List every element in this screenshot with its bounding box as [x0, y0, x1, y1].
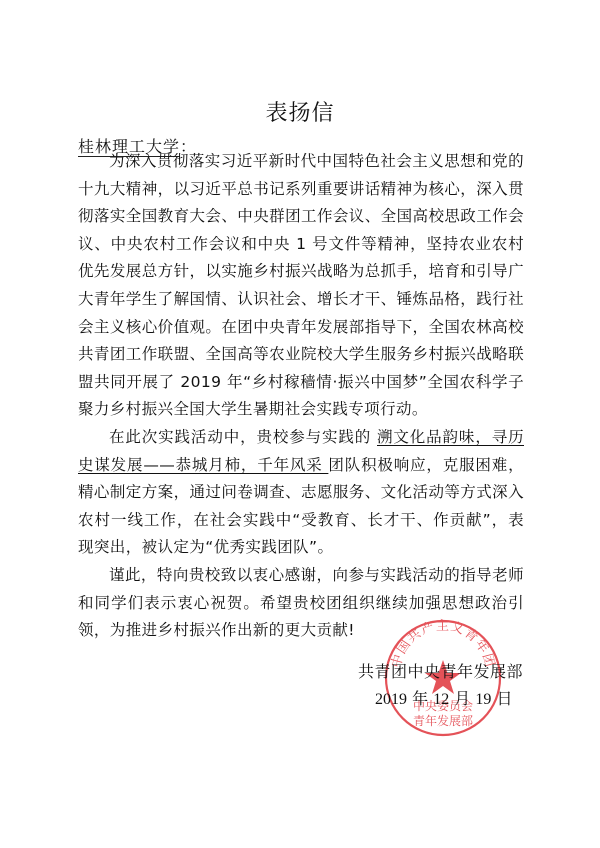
date-month-label: 月	[454, 689, 470, 708]
date-month: 12	[433, 691, 449, 708]
date-year-label: 年	[412, 689, 428, 708]
date-year: 2019	[375, 691, 407, 708]
letter-title: 表扬信	[0, 100, 600, 128]
date-day-label: 日	[497, 689, 513, 708]
seal-line2: 青年发展部	[413, 713, 473, 728]
praise-before: 在此次实践活动中，贵校参与实践的	[109, 428, 377, 446]
paragraph-closing: 谨此，特向贵校致以衷心感谢，向参与实践活动的指导老师和同学们表示衷心祝贺。希望贵…	[78, 562, 524, 645]
paragraph-praise: 在此次实践活动中，贵校参与实践的 溯文化品韵味，寻历史谋发展——恭城月柿，千年风…	[78, 424, 524, 562]
paragraph-intro: 为深入贯彻落实习近平新时代中国特色社会主义思想和党的十九大精神，以习近平总书记系…	[78, 148, 524, 424]
signature: 共青团中央青年发展部	[358, 658, 523, 685]
letter-page: 表扬信 桂林理工大学： 为深入贯彻落实习近平新时代中国特色社会主义思想和党的十九…	[0, 0, 600, 848]
letter-body: 为深入贯彻落实习近平新时代中国特色社会主义思想和党的十九大精神，以习近平总书记系…	[78, 148, 524, 645]
date-day: 19	[475, 691, 491, 708]
date: 2019 年 12 月 19 日	[375, 685, 513, 713]
